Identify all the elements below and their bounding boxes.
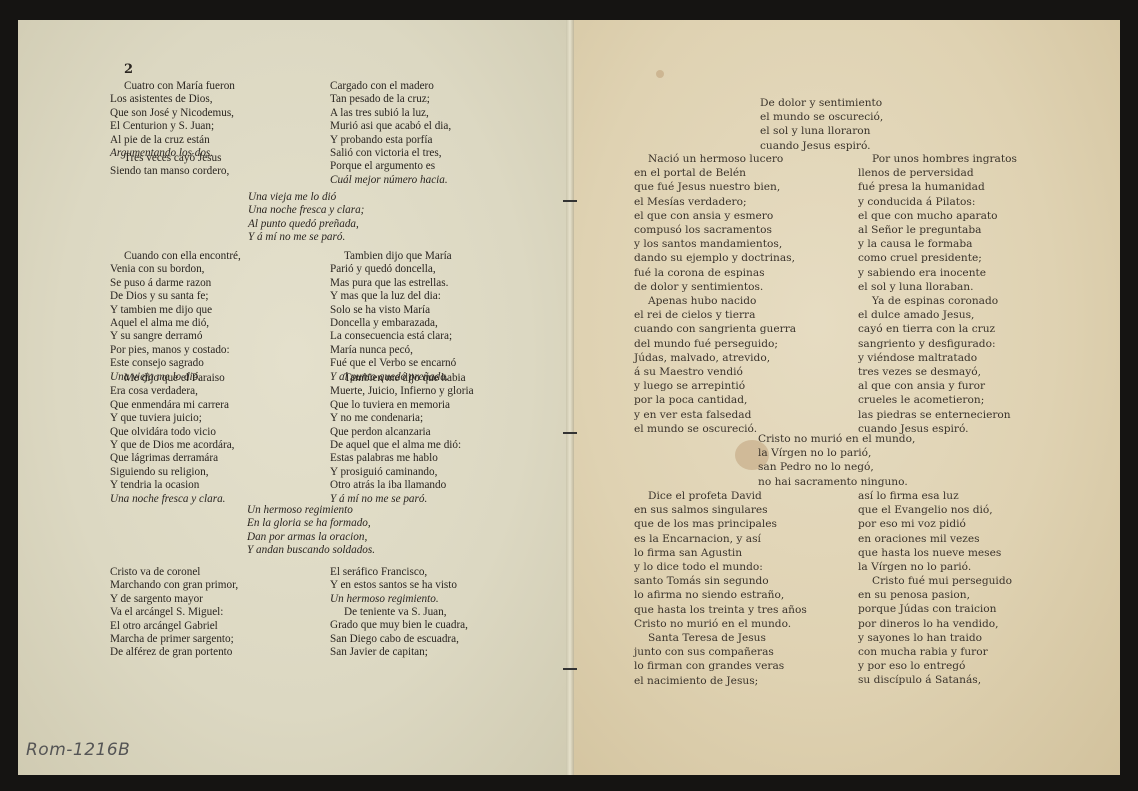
verse-line: san Pedro no lo negó, [758, 460, 915, 474]
verse-line: Cuando con ella encontré, [110, 250, 241, 263]
verse-line: porque Júdas con traicion [858, 602, 1012, 616]
verse-line: en sus salmos singulares [634, 503, 807, 517]
verse-line: el sol y luna lloraron [760, 124, 883, 138]
verse-line: dando su ejemplo y doctrinas, [634, 251, 795, 265]
verse-line: con mucha rabia y furor [858, 645, 1012, 659]
verse-line: Muerte, Juicio, Infierno y gloria [330, 385, 474, 398]
stanza: Por unos hombres ingratosllenos de perve… [858, 152, 1017, 294]
stanza: Cuatro con María fueronLos asistentes de… [110, 80, 235, 160]
verse-line: Tan pesado de la cruz; [330, 93, 451, 106]
verse-line: cuando con sangrienta guerra [634, 322, 796, 336]
refrain-line: Dan por armas la oracion, [247, 531, 375, 544]
verse-line: es la Encarnacion, y así [634, 532, 807, 546]
verse-line: como cruel presidente; [858, 251, 1017, 265]
center-fold [566, 20, 574, 775]
verse-line: Cristo fué mui perseguido [858, 574, 1012, 588]
refrain-line: Un hermoso regimiento [247, 504, 375, 517]
verse-line: crueles le acometieron; [858, 393, 1011, 407]
verse-line: De Dios y su santa fe; [110, 290, 241, 303]
verse-line: el Mesías verdadero; [634, 195, 795, 209]
verse-line: El otro arcángel Gabriel [110, 620, 238, 633]
verse-line: del mundo fué perseguido; [634, 337, 796, 351]
stanza: Cristo fué mui perseguidoen su penosa pa… [858, 574, 1012, 688]
verse-line: Y prosiguió caminando, [330, 466, 474, 479]
stanza: Ya de espinas coronadoel dulce amado Jes… [858, 294, 1011, 436]
verse-line: Murió asi que acabó el dia, [330, 120, 451, 133]
verse-line: Mas pura que las estrellas. [330, 277, 456, 290]
verse-line: que hasta los nueve meses [858, 546, 1001, 560]
verse-line: compusó los sacramentos [634, 223, 795, 237]
verse-line: Nació un hermoso lucero [634, 152, 795, 166]
verse-line: el mundo se oscureció, [760, 110, 883, 124]
verse-line: Y probando esta porfía [330, 134, 451, 147]
verse-line: San Javier de capitan; [330, 646, 468, 659]
refrain-line: Una vieja me lo dió [248, 191, 364, 204]
verse-line: y sabiendo era inocente [858, 266, 1017, 280]
verse-line: el que con mucho aparato [858, 209, 1017, 223]
refrain-line: Una noche fresca y clara; [248, 204, 364, 217]
verse-line: Cristo va de coronel [110, 566, 238, 579]
verse-line: lo afirma no siendo estraño, [634, 588, 807, 602]
verse-line: Cargado con el madero [330, 80, 451, 93]
verse-line: Tambien dijo que María [330, 250, 456, 263]
verse-line: Otro atrás la iba llamando [330, 479, 474, 492]
verse-line: fué la corona de espinas [634, 266, 795, 280]
verse-line: Por pies, manos y costado: [110, 344, 241, 357]
verse-line: Apenas hubo nacido [634, 294, 796, 308]
verse-line: De aquel que el alma me dió: [330, 439, 474, 452]
refrain-line: Y andan buscando soldados. [247, 544, 375, 557]
stitch-mark [563, 668, 577, 670]
stanza: así lo firma esa luzque el Evangelio nos… [858, 489, 1001, 574]
stanza: Tres veces cayó JesusSiendo tan manso co… [110, 152, 229, 179]
verse-line: y conducida á Pilatos: [858, 195, 1017, 209]
verse-line: Tambien me dijo que habia [330, 372, 474, 385]
verse-line: á su Maestro vendió [634, 365, 796, 379]
verse-line: Y que tuviera juicio; [110, 412, 234, 425]
verse-line: Y tambien me dijo que [110, 304, 241, 317]
verse-line: Que olvidára todo vicio [110, 426, 234, 439]
verse-line: De alférez de gran portento [110, 646, 238, 659]
verse-line: Y no me condenaria; [330, 412, 474, 425]
verse-line: en oraciones mil vezes [858, 532, 1001, 546]
stanza: De teniente va S. Juan,Grado que muy bie… [330, 606, 468, 660]
verse-line: Marcha de primer sargento; [110, 633, 238, 646]
verse-line: Los asistentes de Dios, [110, 93, 235, 106]
verse-line: Grado que muy bien le cuadra, [330, 619, 468, 632]
verse-line: sangriento y desfigurado: [858, 337, 1011, 351]
stanza: El seráfico Francisco,Y en estos santos … [330, 566, 457, 606]
verse-line: y por eso lo entregó [858, 659, 1012, 673]
refrain-line: En la gloria se ha formado, [247, 517, 375, 530]
verse-line: Se puso á darme razon [110, 277, 241, 290]
stanza: Una vieja me lo dióUna noche fresca y cl… [248, 191, 364, 245]
catalog-mark: Rom-1216B [26, 740, 130, 760]
verse-line: la Vírgen no lo parió. [858, 560, 1001, 574]
verse-line: A las tres subió la luz, [330, 107, 451, 120]
refrain-line: Cuál mejor número hacia. [330, 174, 451, 187]
verse-line: Santa Teresa de Jesus [634, 631, 784, 645]
verse-line: Siendo tan manso cordero, [110, 165, 229, 178]
verse-line: en su penosa pasion, [858, 588, 1012, 602]
verse-line: y lo dice todo el mundo: [634, 560, 807, 574]
stitch-mark [563, 432, 577, 434]
verse-line: no hai sacramento ninguno. [758, 475, 915, 489]
verse-line: el sol y luna lloraban. [858, 280, 1017, 294]
verse-line: Y su sangre derramó [110, 330, 241, 343]
verse-line: Salió con victoria el tres, [330, 147, 451, 160]
verse-line: Que perdon alcanzaria [330, 426, 474, 439]
verse-line: así lo firma esa luz [858, 489, 1001, 503]
verse-line: De dolor y sentimiento [760, 96, 883, 110]
verse-line: su discípulo á Satanás, [858, 673, 1012, 687]
verse-line: Y mas que la luz del dia: [330, 290, 456, 303]
stanza: Me dijo que el ParaisoEra cosa verdadera… [110, 372, 234, 506]
stanza: Cristo va de coronelMarchando con gran p… [110, 566, 238, 660]
refrain-line: Una noche fresca y clara. [110, 493, 234, 506]
verse-line: al que con ansia y furor [858, 379, 1011, 393]
stanza: Nació un hermoso luceroen el portal de B… [634, 152, 795, 294]
verse-line: San Diego cabo de escuadra, [330, 633, 468, 646]
verse-line: tres vezes se desmayó, [858, 365, 1011, 379]
stanza: Apenas hubo nacidoel rei de cielos y tie… [634, 294, 796, 436]
verse-line: que el Evangelio nos dió, [858, 503, 1001, 517]
stanza: Santa Teresa de Jesusjunto con sus compa… [634, 631, 784, 688]
verse-line: De teniente va S. Juan, [330, 606, 468, 619]
verse-line: llenos de perversidad [858, 166, 1017, 180]
verse-line: que fué Jesus nuestro bien, [634, 180, 795, 194]
verse-line: Y en estos santos se ha visto [330, 579, 457, 592]
stanza: Tambien dijo que MaríaParió y quedó donc… [330, 250, 456, 384]
verse-line: Cristo no murió en el mundo. [634, 617, 807, 631]
stain [656, 70, 664, 78]
verse-line: Marchando con gran primor, [110, 579, 238, 592]
stanza: Un hermoso regimientoEn la gloria se ha … [247, 504, 375, 558]
stanza: Cargado con el maderoTan pesado de la cr… [330, 80, 451, 187]
verse-line: Aquel el alma me dió, [110, 317, 241, 330]
verse-line: Que enmendára mi carrera [110, 399, 234, 412]
verse-line: Me dijo que el Paraiso [110, 372, 234, 385]
verse-line: Que son José y Nicodemus, [110, 107, 235, 120]
stitch-mark [563, 200, 577, 202]
verse-line: Porque el argumento es [330, 160, 451, 173]
verse-line: por la poca cantidad, [634, 393, 796, 407]
verse-line: Al pie de la cruz están [110, 134, 235, 147]
verse-line: La consecuencia está clara; [330, 330, 456, 343]
stanza: De dolor y sentimientoel mundo se oscure… [760, 96, 883, 153]
verse-line: Y que de Dios me acordára, [110, 439, 234, 452]
verse-line: la Vírgen no lo parió, [758, 446, 915, 460]
stanza: Tambien me dijo que habiaMuerte, Juicio,… [330, 372, 474, 506]
stanza: Cristo no murió en el mundo,la Vírgen no… [758, 432, 915, 489]
verse-line: Que lo tuviera en memoria [330, 399, 474, 412]
verse-line: fué presa la humanidad [858, 180, 1017, 194]
stanza: Cuando con ella encontré,Venia con su bo… [110, 250, 241, 384]
verse-line: en el portal de Belén [634, 166, 795, 180]
verse-line: santo Tomás sin segundo [634, 574, 807, 588]
verse-line: Era cosa verdadera, [110, 385, 234, 398]
verse-line: Y tendria la ocasion [110, 479, 234, 492]
verse-line: junto con sus compañeras [634, 645, 784, 659]
verse-line: el rei de cielos y tierra [634, 308, 796, 322]
verse-line: Tres veces cayó Jesus [110, 152, 229, 165]
verse-line: Dice el profeta David [634, 489, 807, 503]
verse-line: El Centurion y S. Juan; [110, 120, 235, 133]
refrain-line: Un hermoso regimiento. [330, 593, 457, 606]
verse-line: que hasta los treinta y tres años [634, 603, 807, 617]
verse-line: que de los mas principales [634, 517, 807, 531]
verse-line: al Señor le preguntaba [858, 223, 1017, 237]
verse-line: y en ver esta falsedad [634, 408, 796, 422]
verse-line: Solo se ha visto María [330, 304, 456, 317]
stanza: Dice el profeta Daviden sus salmos singu… [634, 489, 807, 631]
left-page [18, 20, 570, 775]
refrain-line: Y á mí no me se paró. [248, 231, 364, 244]
verse-line: de dolor y sentimientos. [634, 280, 795, 294]
verse-line: El seráfico Francisco, [330, 566, 457, 579]
verse-line: el dulce amado Jesus, [858, 308, 1011, 322]
verse-line: Parió y quedó doncella, [330, 263, 456, 276]
verse-line: Ya de espinas coronado [858, 294, 1011, 308]
page-number: 2 [124, 62, 133, 77]
verse-line: Va el arcángel S. Miguel: [110, 606, 238, 619]
verse-line: Estas palabras me hablo [330, 452, 474, 465]
verse-line: lo firma san Agustin [634, 546, 807, 560]
verse-line: el que con ansia y esmero [634, 209, 795, 223]
verse-line: por dineros lo ha vendido, [858, 617, 1012, 631]
verse-line: cayó en tierra con la cruz [858, 322, 1011, 336]
verse-line: Y de sargento mayor [110, 593, 238, 606]
verse-line: el nacimiento de Jesus; [634, 674, 784, 688]
verse-line: por eso mi voz pidió [858, 517, 1001, 531]
verse-line: Venia con su bordon, [110, 263, 241, 276]
refrain-line: Al punto quedó preñada, [248, 218, 364, 231]
verse-line: Por unos hombres ingratos [858, 152, 1017, 166]
verse-line: Que lágrimas derramára [110, 452, 234, 465]
verse-line: y sayones lo han traido [858, 631, 1012, 645]
verse-line: lo firman con grandes veras [634, 659, 784, 673]
verse-line: y los santos mandamientos, [634, 237, 795, 251]
verse-line: y luego se arrepintió [634, 379, 796, 393]
verse-line: Júdas, malvado, atrevido, [634, 351, 796, 365]
verse-line: cuando Jesus espiró. [760, 139, 883, 153]
verse-line: Siguiendo su religion, [110, 466, 234, 479]
verse-line: Cristo no murió en el mundo, [758, 432, 915, 446]
verse-line: Cuatro con María fueron [110, 80, 235, 93]
verse-line: María nunca pecó, [330, 344, 456, 357]
verse-line: las piedras se enternecieron [858, 408, 1011, 422]
verse-line: Este consejo sagrado [110, 357, 241, 370]
verse-line: y la causa le formaba [858, 237, 1017, 251]
verse-line: y viéndose maltratado [858, 351, 1011, 365]
verse-line: Doncella y embarazada, [330, 317, 456, 330]
verse-line: Fué que el Verbo se encarnó [330, 357, 456, 370]
